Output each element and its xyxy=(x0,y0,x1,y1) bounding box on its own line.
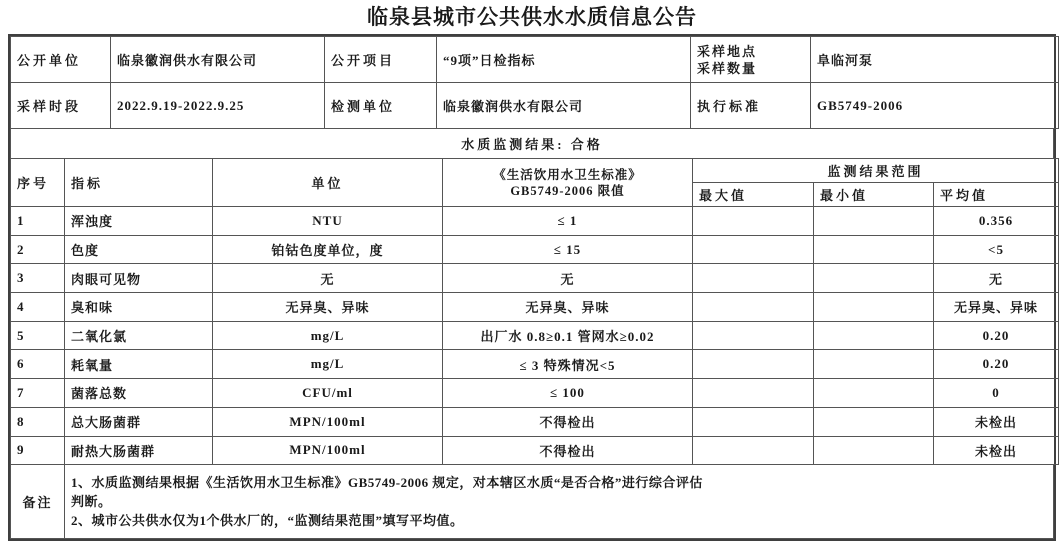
result-banner: 水质监测结果: 合格 xyxy=(11,129,1054,159)
table-row: 8 总大肠菌群 MPN/100ml 不得检出 未检出 xyxy=(11,407,1059,436)
table-row: 3 肉眼可见物 无 无 无 xyxy=(11,264,1059,293)
cell-indicator: 总大肠菌群 xyxy=(65,407,213,436)
table-row: 7 菌落总数 CFU/ml ≤ 100 0 xyxy=(11,379,1059,408)
cell-min xyxy=(814,407,934,436)
cell-min xyxy=(814,350,934,379)
notes-section: 备注 1、水质监测结果根据《生活饮用水卫生标准》GB5749-2006 规定，对… xyxy=(10,464,1054,539)
table-row: 1 浑浊度 NTU ≤ 1 0.356 xyxy=(11,207,1059,236)
cell-no: 5 xyxy=(11,321,65,350)
cell-no: 7 xyxy=(11,379,65,408)
cell-min xyxy=(814,264,934,293)
announcement-page: 临泉县城市公共供水水质信息公告 公开单位 临泉徽润供水有限公司 公开项目 “9项… xyxy=(8,0,1056,541)
cell-max xyxy=(693,350,814,379)
cell-no: 2 xyxy=(11,235,65,264)
note-1-line-2: 判断。 xyxy=(71,492,1047,511)
cell-no: 4 xyxy=(11,293,65,322)
cell-indicator: 二氧化氯 xyxy=(65,321,213,350)
note-1-line-1: 1、水质监测结果根据《生活饮用水卫生标准》GB5749-2006 规定，对本辖区… xyxy=(71,473,1047,492)
standard-value: GB5749-2006 xyxy=(811,83,1059,129)
cell-avg: 0.356 xyxy=(934,207,1059,236)
cell-max xyxy=(693,407,814,436)
cell-min xyxy=(814,321,934,350)
cell-limit: ≤ 15 xyxy=(443,235,693,264)
table-row: 2 色度 铂钴色度单位，度 ≤ 15 <5 xyxy=(11,235,1059,264)
cell-max xyxy=(693,293,814,322)
cell-indicator: 肉眼可见物 xyxy=(65,264,213,293)
col-header-min: 最小值 xyxy=(814,183,934,207)
cell-min xyxy=(814,293,934,322)
public-unit-value: 临泉徽润供水有限公司 xyxy=(111,37,325,83)
notes-row: 备注 1、水质监测结果根据《生活饮用水卫生标准》GB5749-2006 规定，对… xyxy=(11,465,1054,539)
cell-max xyxy=(693,321,814,350)
cell-avg: 未检出 xyxy=(934,407,1059,436)
cell-no: 3 xyxy=(11,264,65,293)
testing-unit-value: 临泉徽润供水有限公司 xyxy=(437,83,691,129)
cell-avg: <5 xyxy=(934,235,1059,264)
notes-body: 1、水质监测结果根据《生活饮用水卫生标准》GB5749-2006 规定，对本辖区… xyxy=(65,465,1054,539)
testing-unit-label: 检测单位 xyxy=(325,83,437,129)
cell-indicator: 耐热大肠菌群 xyxy=(65,436,213,465)
cell-avg: 无异臭、异味 xyxy=(934,293,1059,322)
sampling-site-count-label: 采样地点 采样数量 xyxy=(691,37,811,83)
cell-indicator: 色度 xyxy=(65,235,213,264)
cell-avg: 0 xyxy=(934,379,1059,408)
sampling-site-value: 阜临河泵 xyxy=(811,37,1059,83)
cell-limit: 不得检出 xyxy=(443,407,693,436)
public-item-label: 公开项目 xyxy=(325,37,437,83)
cell-limit: 无 xyxy=(443,264,693,293)
col-header-unit: 单位 xyxy=(213,159,443,207)
sampling-site-label-line2: 采样数量 xyxy=(697,60,804,77)
table-row: 5 二氧化氯 mg/L 出厂水 0.8≥0.1 管网水≥0.02 0.20 xyxy=(11,321,1059,350)
cell-avg: 0.20 xyxy=(934,321,1059,350)
cell-limit: 出厂水 0.8≥0.1 管网水≥0.02 xyxy=(443,321,693,350)
cell-no: 6 xyxy=(11,350,65,379)
cell-indicator: 耗氧量 xyxy=(65,350,213,379)
cell-min xyxy=(814,235,934,264)
public-item-value: “9项”日检指标 xyxy=(437,37,691,83)
announcement-table: 公开单位 临泉徽润供水有限公司 公开项目 “9项”日检指标 采样地点 采样数量 … xyxy=(8,34,1056,541)
cell-no: 9 xyxy=(11,436,65,465)
cell-min xyxy=(814,436,934,465)
col-header-range-group: 监测结果范围 xyxy=(693,159,1059,183)
sampling-period-label: 采样时段 xyxy=(11,83,111,129)
cell-no: 1 xyxy=(11,207,65,236)
cell-limit: ≤ 1 xyxy=(443,207,693,236)
public-unit-label: 公开单位 xyxy=(11,37,111,83)
cell-max xyxy=(693,235,814,264)
col-header-avg: 平均值 xyxy=(934,183,1059,207)
cell-limit: 不得检出 xyxy=(443,436,693,465)
col-header-limit: 《生活饮用水卫生标准》 GB5749-2006 限值 xyxy=(443,159,693,207)
cell-avg: 未检出 xyxy=(934,436,1059,465)
cell-indicator: 菌落总数 xyxy=(65,379,213,408)
cell-indicator: 臭和味 xyxy=(65,293,213,322)
result-banner-section: 水质监测结果: 合格 xyxy=(10,128,1054,159)
cell-unit: NTU xyxy=(213,207,443,236)
info-section: 公开单位 临泉徽润供水有限公司 公开项目 “9项”日检指标 采样地点 采样数量 … xyxy=(10,36,1059,129)
result-banner-row: 水质监测结果: 合格 xyxy=(11,129,1054,159)
notes-label: 备注 xyxy=(11,465,65,539)
cell-min xyxy=(814,379,934,408)
cell-unit: 无 xyxy=(213,264,443,293)
cell-max xyxy=(693,264,814,293)
table-row: 9 耐热大肠菌群 MPN/100ml 不得检出 未检出 xyxy=(11,436,1059,465)
table-row: 4 臭和味 无异臭、异味 无异臭、异味 无异臭、异味 xyxy=(11,293,1059,322)
cell-no: 8 xyxy=(11,407,65,436)
table-row: 6 耗氧量 mg/L ≤ 3 特殊情况<5 0.20 xyxy=(11,350,1059,379)
cell-unit: 无异臭、异味 xyxy=(213,293,443,322)
cell-unit: mg/L xyxy=(213,321,443,350)
standard-label: 执行标准 xyxy=(691,83,811,129)
cell-limit: ≤ 3 特殊情况<5 xyxy=(443,350,693,379)
cell-unit: 铂钴色度单位，度 xyxy=(213,235,443,264)
indicators-table: 序号 指标 单位 《生活饮用水卫生标准》 GB5749-2006 限值 监测结果… xyxy=(10,158,1059,465)
sampling-period-value: 2022.9.19-2022.9.25 xyxy=(111,83,325,129)
cell-limit: 无异臭、异味 xyxy=(443,293,693,322)
page-title: 临泉县城市公共供水水质信息公告 xyxy=(8,3,1056,34)
sampling-site-label-line1: 采样地点 xyxy=(697,43,804,60)
cell-unit: mg/L xyxy=(213,350,443,379)
cell-limit: ≤ 100 xyxy=(443,379,693,408)
info-row-2: 采样时段 2022.9.19-2022.9.25 检测单位 临泉徽润供水有限公司… xyxy=(11,83,1059,129)
limit-header-line1: 《生活饮用水卫生标准》 xyxy=(449,167,686,183)
limit-header-line2: GB5749-2006 限值 xyxy=(449,183,686,199)
cell-unit: CFU/ml xyxy=(213,379,443,408)
cell-avg: 无 xyxy=(934,264,1059,293)
cell-max xyxy=(693,436,814,465)
header-row-1: 序号 指标 单位 《生活饮用水卫生标准》 GB5749-2006 限值 监测结果… xyxy=(11,159,1059,183)
note-2: 2、城市公共供水仅为1个供水厂的，“监测结果范围”填写平均值。 xyxy=(71,511,1047,530)
cell-avg: 0.20 xyxy=(934,350,1059,379)
col-header-max: 最大值 xyxy=(693,183,814,207)
info-row-1: 公开单位 临泉徽润供水有限公司 公开项目 “9项”日检指标 采样地点 采样数量 … xyxy=(11,37,1059,83)
cell-unit: MPN/100ml xyxy=(213,407,443,436)
col-header-indicator: 指标 xyxy=(65,159,213,207)
cell-min xyxy=(814,207,934,236)
cell-unit: MPN/100ml xyxy=(213,436,443,465)
col-header-no: 序号 xyxy=(11,159,65,207)
cell-max xyxy=(693,207,814,236)
cell-indicator: 浑浊度 xyxy=(65,207,213,236)
cell-max xyxy=(693,379,814,408)
